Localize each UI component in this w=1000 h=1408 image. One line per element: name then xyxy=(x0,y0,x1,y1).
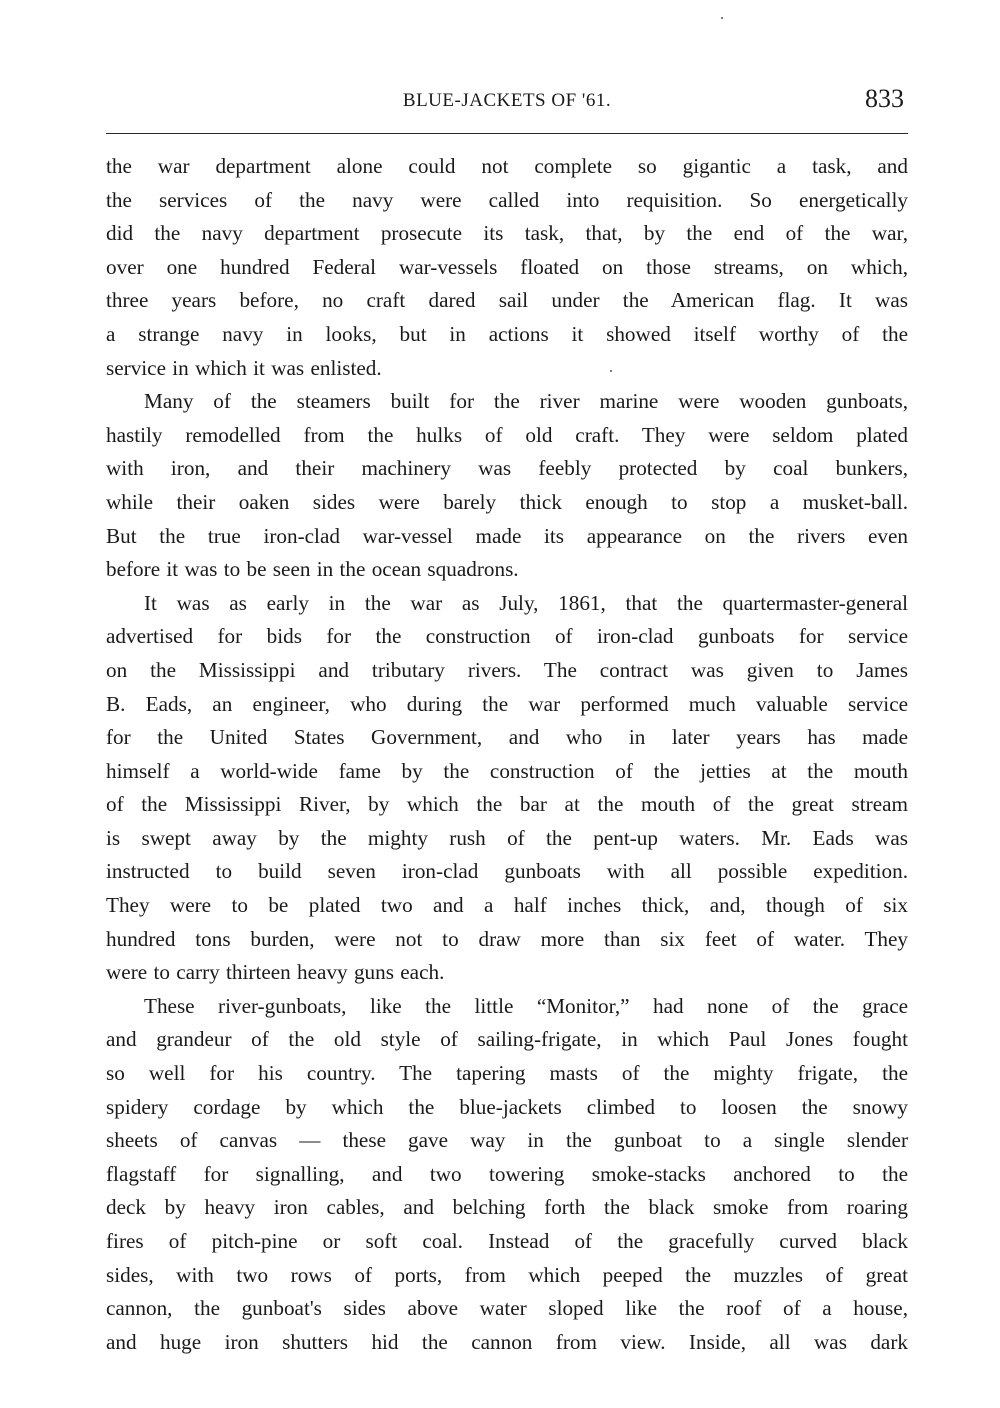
text-line: flagstaff for signalling, and two toweri… xyxy=(106,1158,908,1192)
text-line: while their oaken sides were barely thic… xyxy=(106,486,908,520)
text-line: with iron, and their machinery was feebl… xyxy=(106,452,908,486)
text-line: the war department alone could not compl… xyxy=(106,150,908,184)
text-line: a strange navy in looks, but in actions … xyxy=(106,318,908,352)
text-line: were to carry thirteen heavy guns each. xyxy=(106,956,908,990)
text-line: and grandeur of the old style of sailing… xyxy=(106,1023,908,1057)
text-line: himself a world-wide fame by the constru… xyxy=(106,755,908,789)
text-line: fires of pitch-pine or soft coal. Instea… xyxy=(106,1225,908,1259)
text-line: spidery cordage by which the blue-jacket… xyxy=(106,1091,908,1125)
text-line: deck by heavy iron cables, and belching … xyxy=(106,1191,908,1225)
text-line: cannon, the gunboat's sides above water … xyxy=(106,1292,908,1326)
text-line: the services of the navy were called int… xyxy=(106,184,908,218)
paragraph: It was as early in the war as July, 1861… xyxy=(106,587,908,990)
text-line: instructed to build seven iron-clad gunb… xyxy=(106,855,908,889)
text-line: three years before, no craft dared sail … xyxy=(106,284,908,318)
text-line: These river-gunboats, like the little “M… xyxy=(106,990,908,1024)
text-line: But the true iron-clad war-vessel made i… xyxy=(106,520,908,554)
paragraph-continuation: the war department alone could not compl… xyxy=(106,150,908,385)
scan-speck xyxy=(610,370,612,372)
paragraph: These river-gunboats, like the little “M… xyxy=(106,990,908,1360)
text-line: hastily remodelled from the hulks of old… xyxy=(106,419,908,453)
text-line: so well for his country. The tapering ma… xyxy=(106,1057,908,1091)
text-line: B. Eads, an engineer, who during the war… xyxy=(106,688,908,722)
text-line: advertised for bids for the construction… xyxy=(106,620,908,654)
text-line: on the Mississippi and tributary rivers.… xyxy=(106,654,908,688)
scan-speck xyxy=(721,17,723,19)
text-line: service in which it was enlisted. xyxy=(106,352,908,386)
paragraph: Many of the steamers built for the river… xyxy=(106,385,908,587)
text-line: before it was to be seen in the ocean sq… xyxy=(106,553,908,587)
header-rule xyxy=(106,133,908,134)
page-number: 833 xyxy=(865,84,904,114)
text-line: and huge iron shutters hid the cannon fr… xyxy=(106,1326,908,1360)
text-line: They were to be plated two and a half in… xyxy=(106,889,908,923)
running-head: BLUE-JACKETS OF '61. 833 xyxy=(106,86,908,116)
text-line: over one hundred Federal war-vessels flo… xyxy=(106,251,908,285)
text-line: Many of the steamers built for the river… xyxy=(106,385,908,419)
body-text: the war department alone could not compl… xyxy=(106,150,908,1359)
text-line: did the navy department prosecute its ta… xyxy=(106,217,908,251)
text-line: sheets of canvas — these gave way in the… xyxy=(106,1124,908,1158)
text-line: It was as early in the war as July, 1861… xyxy=(106,587,908,621)
text-line: hundred tons burden, were not to draw mo… xyxy=(106,923,908,957)
text-line: for the United States Government, and wh… xyxy=(106,721,908,755)
text-line: is swept away by the mighty rush of the … xyxy=(106,822,908,856)
text-line: of the Mississippi River, by which the b… xyxy=(106,788,908,822)
running-title: BLUE-JACKETS OF '61. xyxy=(106,90,908,112)
text-line: sides, with two rows of ports, from whic… xyxy=(106,1259,908,1293)
